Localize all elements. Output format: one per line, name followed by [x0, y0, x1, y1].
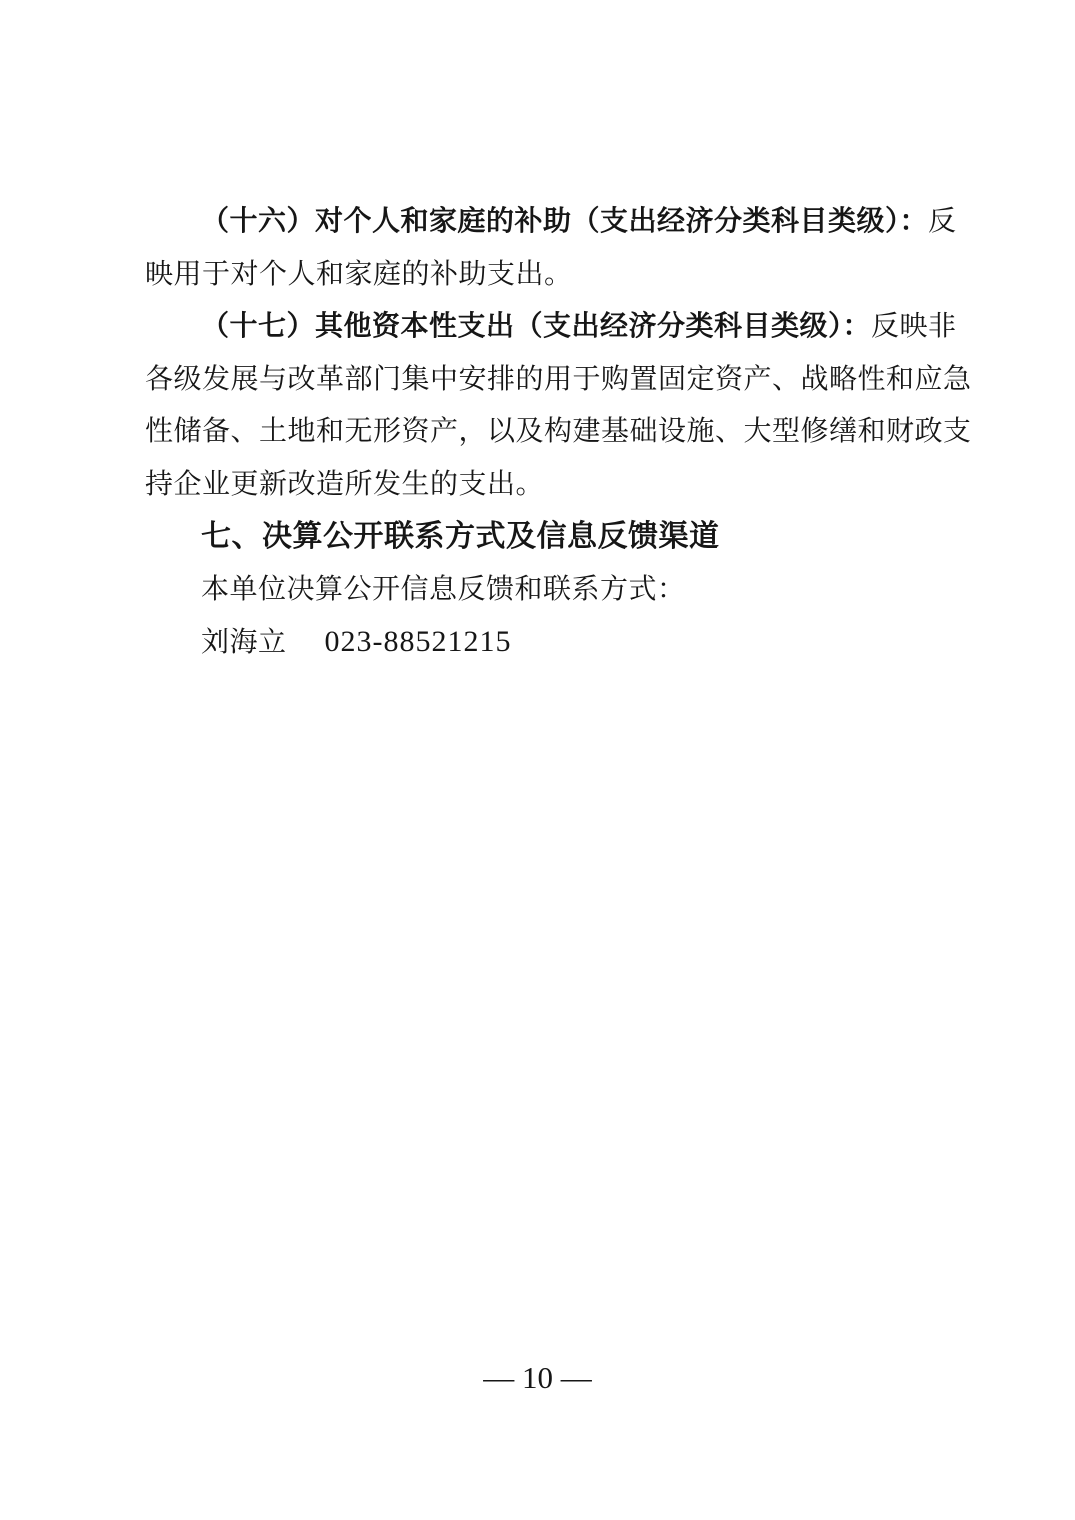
para-17-line-1-rest: 反映非 — [871, 311, 957, 342]
para-16-line-1: （十六）对个人和家庭的补助（支出经济分类科目类级）：反 — [145, 196, 965, 249]
contact-line: 刘海立023-88521215 — [145, 616, 965, 669]
para-17-line-3: 性储备、土地和无形资产，以及构建基础设施、大型修缮和财政支 — [145, 406, 965, 459]
document-page: （十六）对个人和家庭的补助（支出经济分类科目类级）：反 映用于对个人和家庭的补助… — [0, 0, 1075, 1520]
para-16-line-2: 映用于对个人和家庭的补助支出。 — [145, 249, 965, 302]
contact-name: 刘海立 — [201, 627, 287, 658]
para-16-lead-text: （十六）对个人和家庭的补助（支出经济分类科目类级）： — [201, 206, 928, 237]
para-17-line-4: 持企业更新改造所发生的支出。 — [145, 459, 965, 512]
document-content: （十六）对个人和家庭的补助（支出经济分类科目类级）：反 映用于对个人和家庭的补助… — [145, 196, 965, 669]
section-7-intro: 本单位决算公开信息反馈和联系方式： — [145, 564, 965, 617]
para-17-line-2: 各级发展与改革部门集中安排的用于购置固定资产、战略性和应急 — [145, 354, 965, 407]
page-number: — 10 — — [0, 1360, 1075, 1396]
para-17-lead-text: （十七）其他资本性支出（支出经济分类科目类级）： — [201, 311, 871, 342]
para-16-line-1-rest: 反 — [928, 206, 957, 237]
para-17-line-1: （十七）其他资本性支出（支出经济分类科目类级）：反映非 — [145, 301, 965, 354]
section-7-heading: 七、决算公开联系方式及信息反馈渠道 — [145, 511, 965, 564]
contact-phone: 023-88521215 — [325, 625, 512, 658]
